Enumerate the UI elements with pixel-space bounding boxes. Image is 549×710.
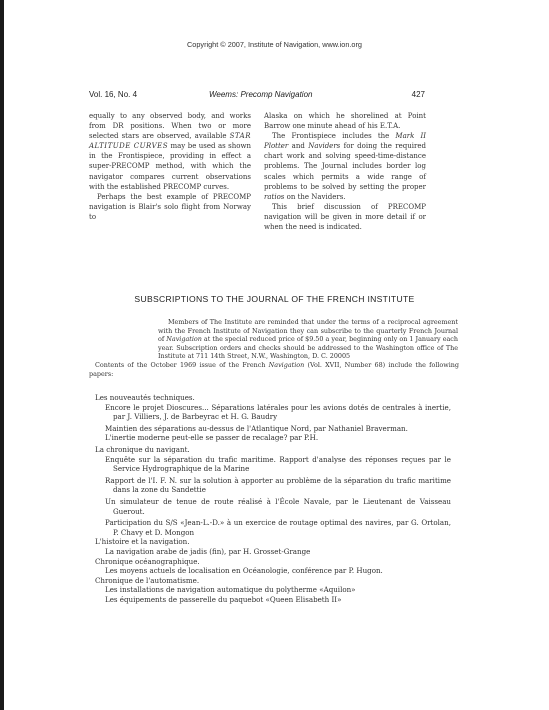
contents-item: Participation du S/S «Jean-L.-D.» à un e…	[105, 518, 451, 537]
contents-item: Un simulateur de tenue de route réalisé …	[105, 497, 451, 516]
contents-item: Les installations de navigation automati…	[105, 585, 451, 595]
paragraph: The Frontispiece includes the Mark II Pl…	[264, 131, 426, 202]
contents-item: Rapport de l'I. F. N. sur la solution à …	[105, 476, 451, 495]
copyright-notice: Copyright © 2007, Institute of Navigatio…	[0, 40, 549, 49]
article-left-column: equally to any observed body, and works …	[89, 111, 251, 222]
contents-category: L'histoire et la navigation.	[95, 537, 451, 547]
running-title: Weems: Precomp Navigation	[209, 90, 312, 99]
paragraph: This brief discussion of PRECOMP navigat…	[264, 202, 426, 232]
contents-item: Encore le projet Dioscures... Séparation…	[105, 403, 451, 422]
page-number: 427	[412, 90, 425, 99]
paragraph: equally to any observed body, and works …	[89, 111, 251, 192]
contents-item: La navigation arabe de jadis (fin), par …	[105, 547, 451, 557]
contents-item: L'inertie moderne peut-elle se passer de…	[105, 433, 451, 443]
contents-item: Maintien des séparations au-dessus de l'…	[105, 424, 451, 434]
running-article-title: Precomp Navigation	[240, 90, 312, 99]
contents-category: La chronique du navigant.	[95, 445, 451, 455]
running-header: Vol. 16, No. 4 Weems: Precomp Navigation…	[89, 90, 425, 102]
contents-category: Chronique océanographique.	[95, 557, 451, 567]
article-right-column: Alaska on which he shorelined at Point B…	[264, 111, 426, 232]
contents-list: Les nouveautés techniques. Encore le pro…	[95, 393, 451, 606]
paragraph: Alaska on which he shorelined at Point B…	[264, 111, 426, 131]
contents-intro: Contents of the October 1969 issue of th…	[89, 361, 459, 378]
scan-left-edge	[0, 0, 4, 710]
contents-category: Chronique de l'automatisme.	[95, 576, 451, 586]
section-title: SUBSCRIPTIONS TO THE JOURNAL OF THE FREN…	[0, 294, 549, 304]
volume-label: Vol. 16, No. 4	[89, 90, 137, 99]
running-author: Weems:	[209, 90, 238, 99]
contents-item: Les équipements de passerelle du paquebo…	[105, 595, 451, 605]
paragraph: Perhaps the best example of PRECOMP navi…	[89, 192, 251, 222]
subscription-notice: Members of The Institute are reminded th…	[158, 318, 458, 361]
contents-category: Les nouveautés techniques.	[95, 393, 451, 403]
contents-item: Les moyens actuels de localisation en Oc…	[105, 566, 451, 576]
contents-item: Enquête sur la séparation du trafic mari…	[105, 455, 451, 474]
